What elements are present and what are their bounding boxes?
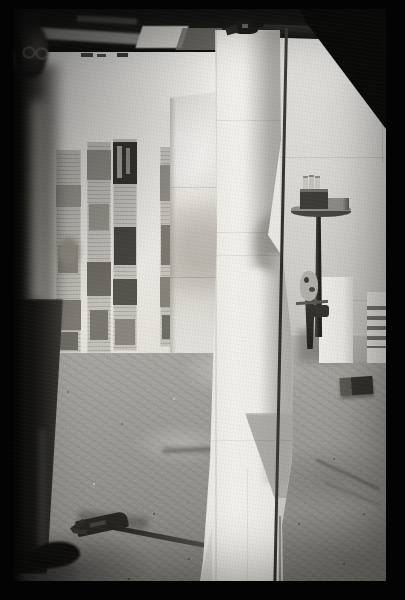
studio-photo — [13, 9, 386, 581]
vignette — [13, 9, 386, 581]
slide-mount — [0, 0, 405, 600]
